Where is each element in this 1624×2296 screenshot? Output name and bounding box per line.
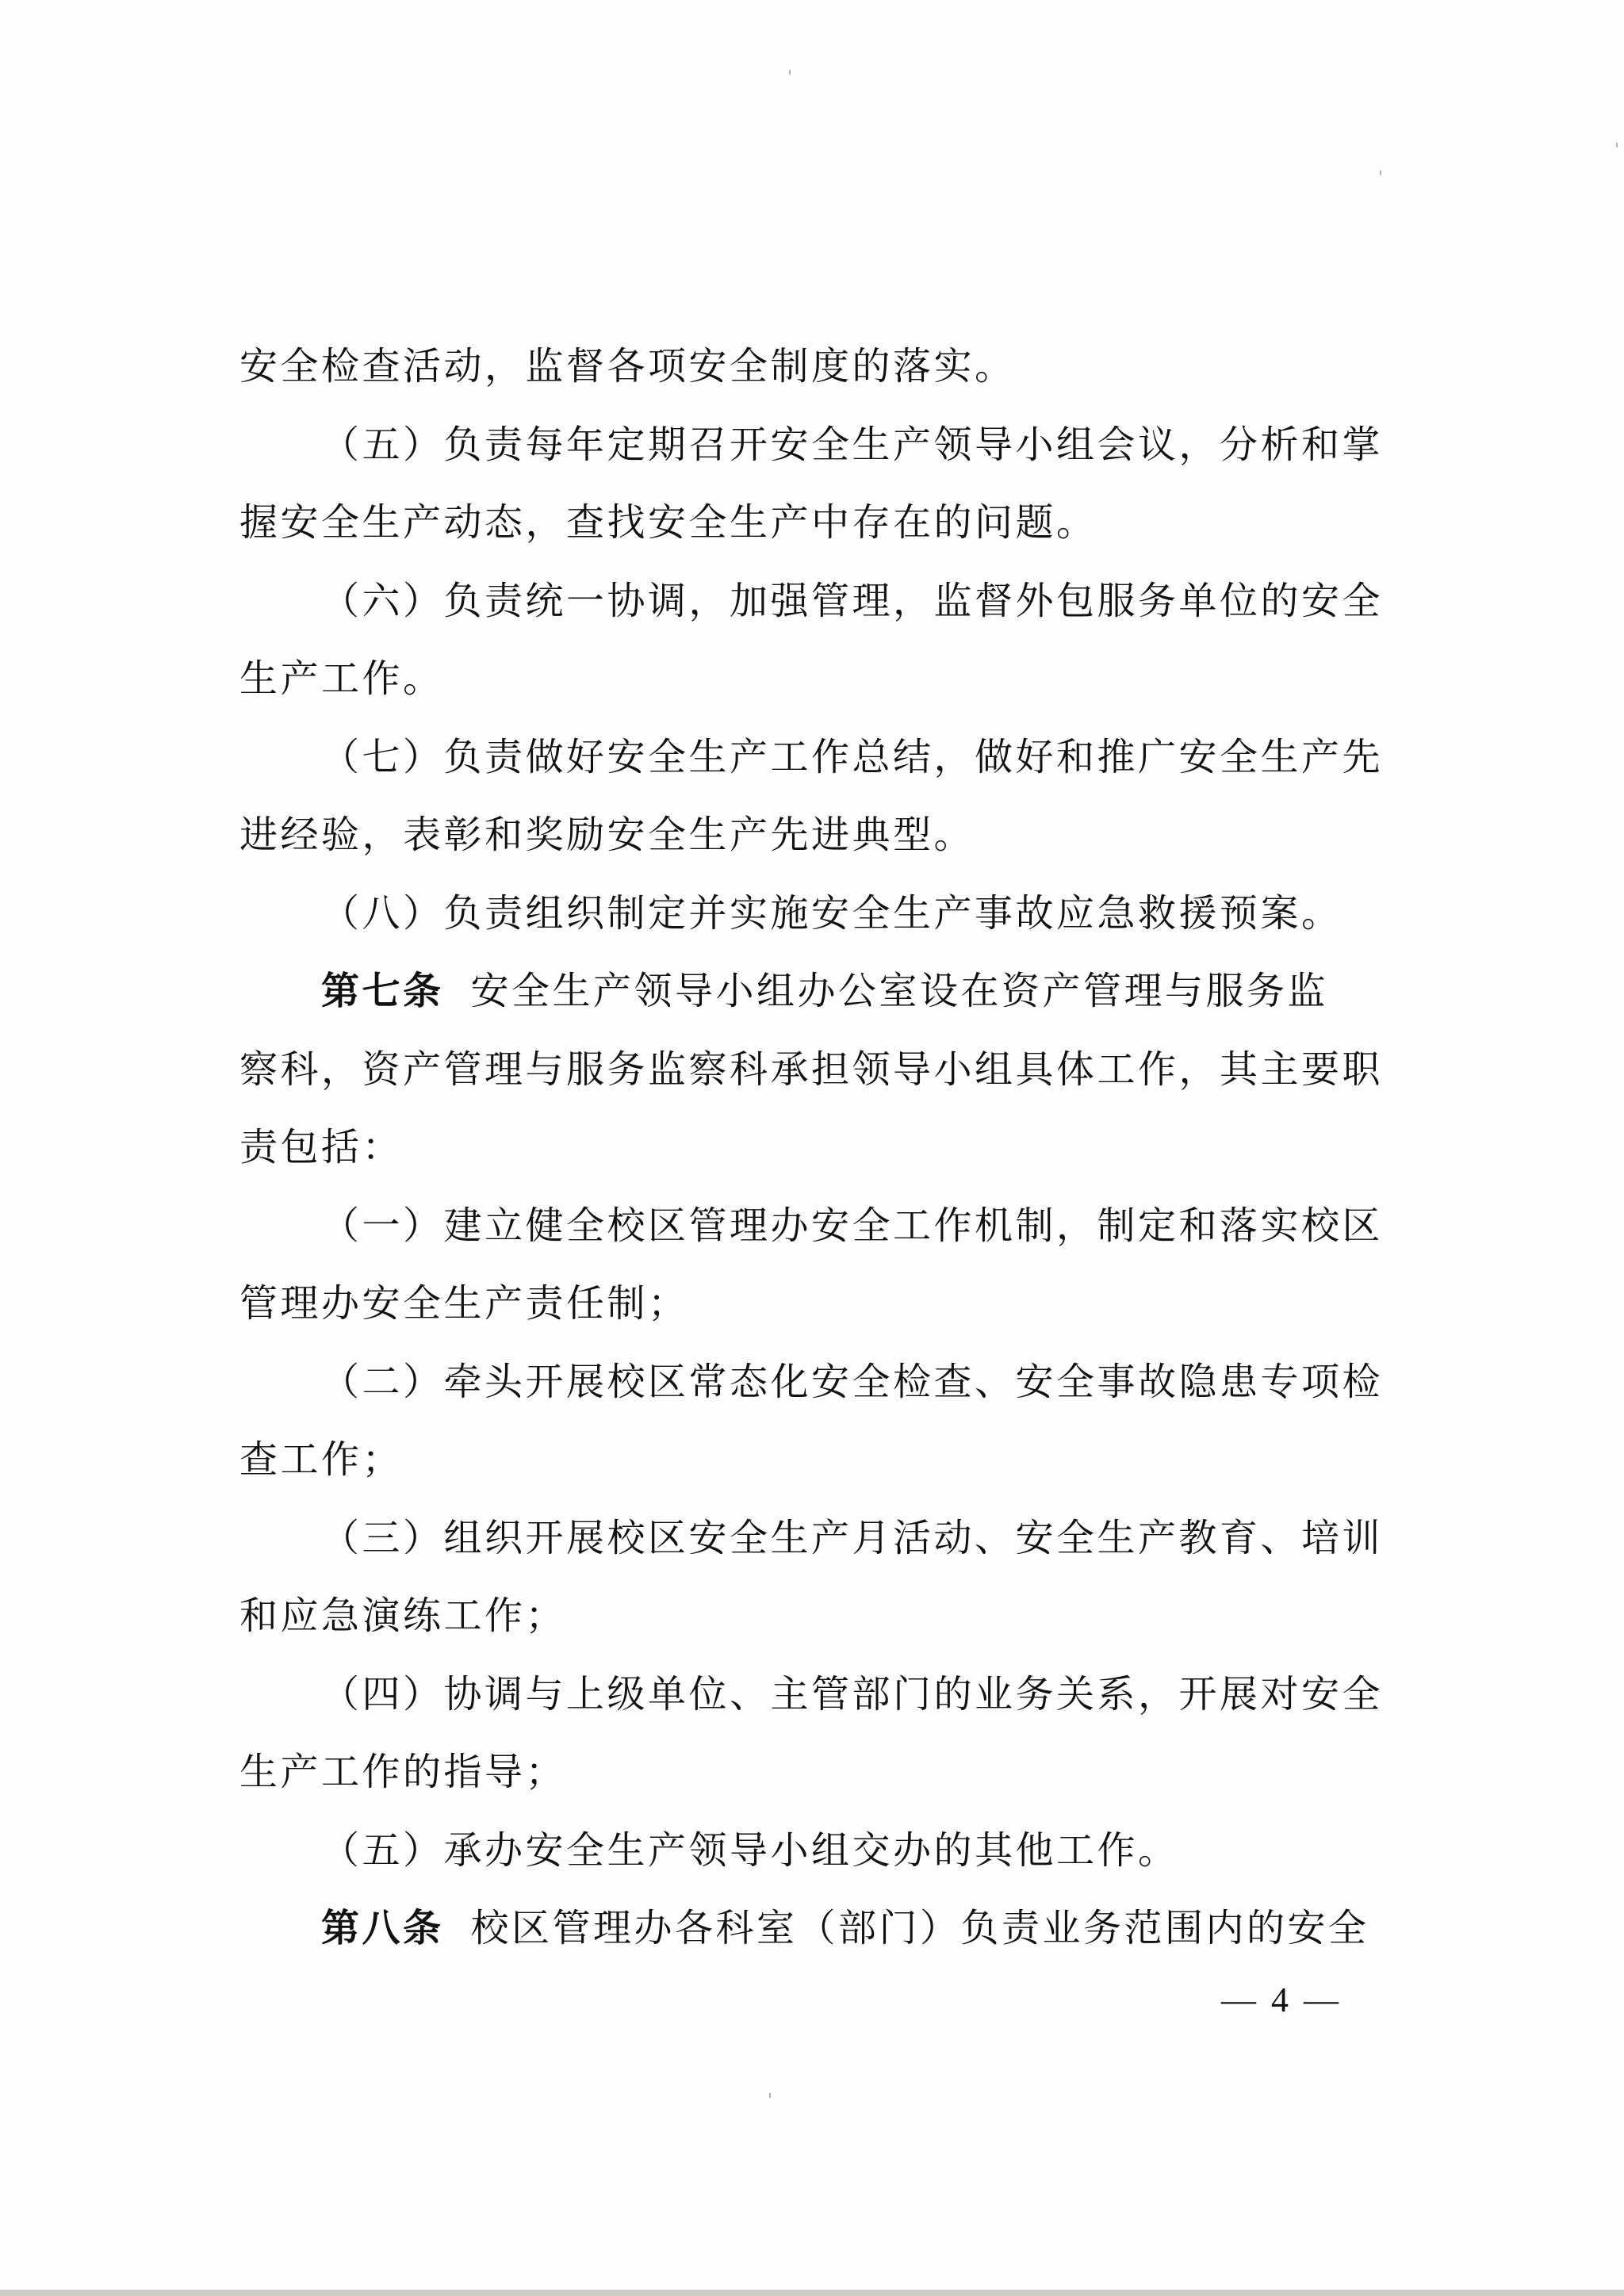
text-line: 管理办安全生产责任制； [239, 1265, 1388, 1343]
line-text: 校区管理办各科室（部门）负责业务范围内的安全 [471, 1906, 1369, 1950]
article-heading-line: 第八条校区管理办各科室（部门）负责业务范围内的安全 [239, 1889, 1388, 1968]
document-page: 安全检查活动，监督各项安全制度的落实。 （五）负责每年定期召开安全生产领导小组会… [0, 0, 1624, 2290]
line-text: 生产工作的指导； [239, 1750, 566, 1794]
text-line: 责包括： [239, 1108, 1388, 1187]
line-text: 查工作； [239, 1437, 403, 1482]
scan-speck [1616, 143, 1618, 147]
text-line: （六）负责统一协调，加强管理，监督外包服务单位的安全 [239, 562, 1388, 641]
text-line: 生产工作。 [239, 640, 1388, 718]
line-text: （七）负责做好安全生产工作总结，做好和推广安全生产先 [321, 735, 1383, 779]
text-line: 进经验，表彰和奖励安全生产先进典型。 [239, 796, 1388, 874]
text-line: 生产工作的指导； [239, 1733, 1388, 1812]
text-line: 和应急演练工作； [239, 1577, 1388, 1655]
line-text: （八）负责组织制定并实施安全生产事故应急救援预案。 [321, 891, 1342, 936]
text-line: （三）组织开展校区安全生产月活动、安全生产教育、培训 [239, 1499, 1388, 1578]
scan-speck [769, 2093, 771, 2098]
line-text: （二）牵头开展校区常态化安全检查、安全事故隐患专项检 [321, 1360, 1383, 1404]
line-text: 握安全生产动态，查找安全生产中存在的问题。 [239, 500, 1097, 545]
line-text: 安全检查活动，监督各项安全制度的落实。 [239, 344, 1016, 388]
text-line: 察科，资产管理与服务监察科承担领导小组具体工作，其主要职 [239, 1031, 1388, 1109]
line-text: 进经验，表彰和奖励安全生产先进典型。 [239, 813, 975, 857]
text-line: （八）负责组织制定并实施安全生产事故应急救援预案。 [239, 874, 1388, 953]
text-line: （五）负责每年定期召开安全生产领导小组会议，分析和掌 [239, 406, 1388, 484]
line-text: （五）负责每年定期召开安全生产领导小组会议，分析和掌 [321, 423, 1383, 467]
line-text: 责包括： [239, 1125, 403, 1169]
scan-speck [789, 70, 791, 75]
document-body: 安全检查活动，监督各项安全制度的落实。 （五）负责每年定期召开安全生产领导小组会… [239, 327, 1388, 1968]
scanner-edge [0, 2290, 1624, 2296]
line-text: （六）负责统一协调，加强管理，监督外包服务单位的安全 [321, 579, 1383, 623]
scan-speck [1380, 170, 1381, 175]
line-text: （四）协调与上级单位、主管部门的业务关系，开展对安全 [321, 1672, 1383, 1716]
article-heading-line: 第七条安全生产领导小组办公室设在资产管理与服务监 [239, 952, 1388, 1031]
text-line: 查工作； [239, 1421, 1388, 1499]
line-text: 管理办安全生产责任制； [239, 1281, 689, 1326]
text-line: 握安全生产动态，查找安全生产中存在的问题。 [239, 484, 1388, 562]
line-text: 生产工作。 [239, 656, 444, 701]
article-number: 第八条 [321, 1906, 444, 1950]
text-line: （一）建立健全校区管理办安全工作机制，制定和落实校区 [239, 1187, 1388, 1265]
text-line: （四）协调与上级单位、主管部门的业务关系，开展对安全 [239, 1655, 1388, 1734]
line-text: （一）建立健全校区管理办安全工作机制，制定和落实校区 [321, 1203, 1383, 1248]
text-line: （五）承办安全生产领导小组交办的其他工作。 [239, 1812, 1388, 1890]
line-text: 和应急演练工作； [239, 1594, 566, 1638]
line-text: 察科，资产管理与服务监察科承担领导小组具体工作，其主要职 [239, 1047, 1383, 1092]
text-line: （七）负责做好安全生产工作总结，做好和推广安全生产先 [239, 718, 1388, 797]
line-text: （三）组织开展校区安全生产月活动、安全生产教育、培训 [321, 1516, 1383, 1560]
line-text: （五）承办安全生产领导小组交办的其他工作。 [321, 1828, 1179, 1873]
article-number: 第七条 [321, 969, 444, 1013]
text-line: （二）牵头开展校区常态化安全检查、安全事故隐患专项检 [239, 1343, 1388, 1422]
text-line: 安全检查活动，监督各项安全制度的落实。 [239, 327, 1388, 406]
page-number: — 4 — [1221, 1980, 1342, 2020]
line-text: 安全生产领导小组办公室设在资产管理与服务监 [471, 969, 1329, 1013]
